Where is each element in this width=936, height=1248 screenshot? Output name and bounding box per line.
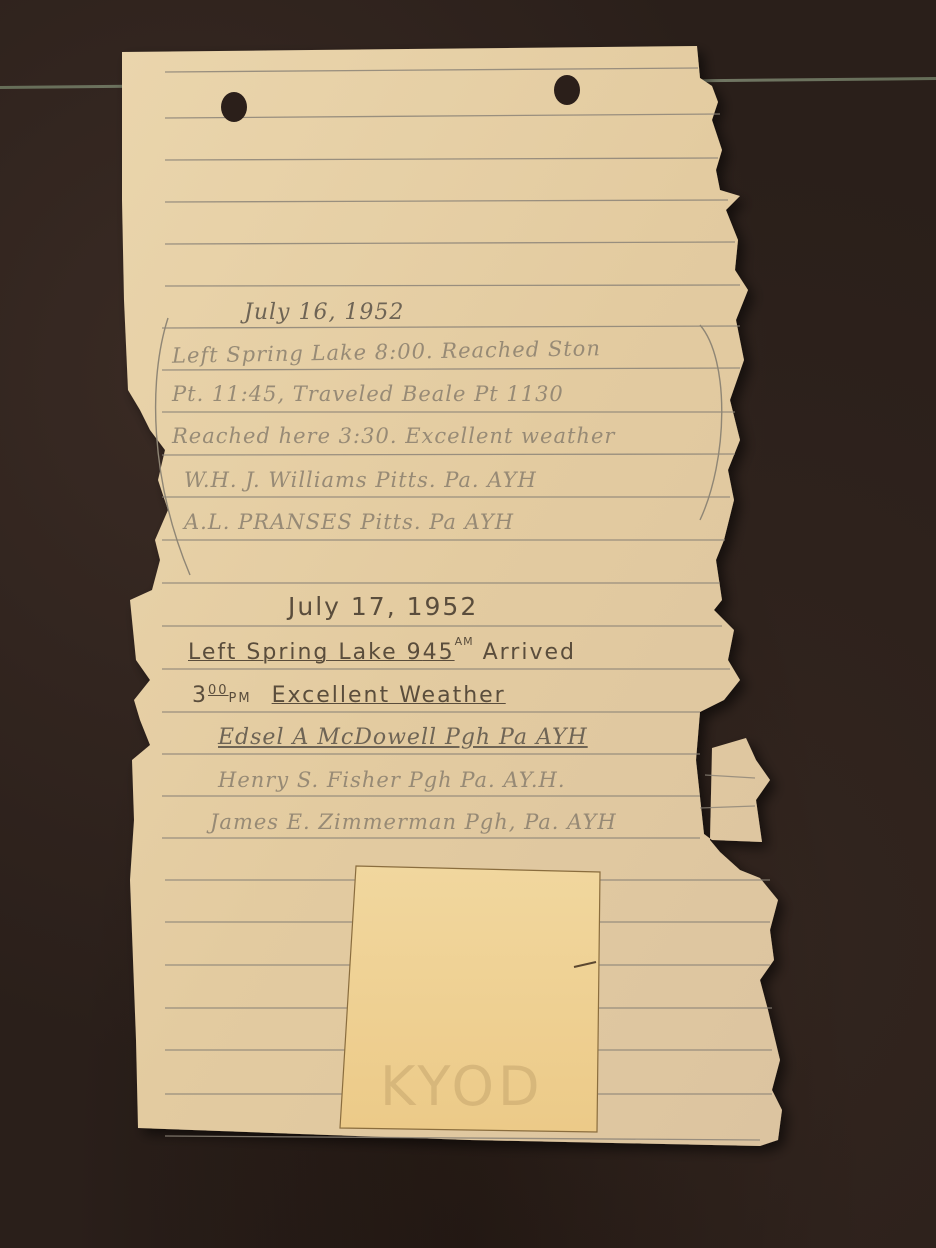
entry-2-signature-2: Henry S. Fisher Pgh Pa. AY.H. xyxy=(218,768,566,792)
entry-2-date: July 17, 1952 xyxy=(288,592,478,621)
punch-hole-left xyxy=(221,92,247,122)
entry-2-line-1: Left Spring Lake 945AM Arrived xyxy=(188,640,576,665)
entry-2-line-2: 300PMExcellent Weather xyxy=(192,683,506,708)
punch-hole-right xyxy=(554,75,580,105)
entry-1-signature-1: W.H. J. Williams Pitts. Pa. AYH xyxy=(184,468,537,492)
entry-1-line-3: Reached here 3:30. Excellent weather xyxy=(172,424,615,448)
entry-1-line-2: Pt. 11:45, Traveled Beale Pt 1130 xyxy=(172,382,564,406)
tape-patch-faint-text: KYOD xyxy=(380,1055,544,1118)
entry-1-date: July 16, 1952 xyxy=(244,300,404,325)
entry-2-signature-3: James E. Zimmerman Pgh, Pa. AYH xyxy=(210,810,617,834)
entry-1-signature-2: A.L. PRANSES Pitts. Pa AYH xyxy=(184,510,514,534)
entry-2-signature-1: Edsel A McDowell Pgh Pa AYH xyxy=(218,725,588,750)
